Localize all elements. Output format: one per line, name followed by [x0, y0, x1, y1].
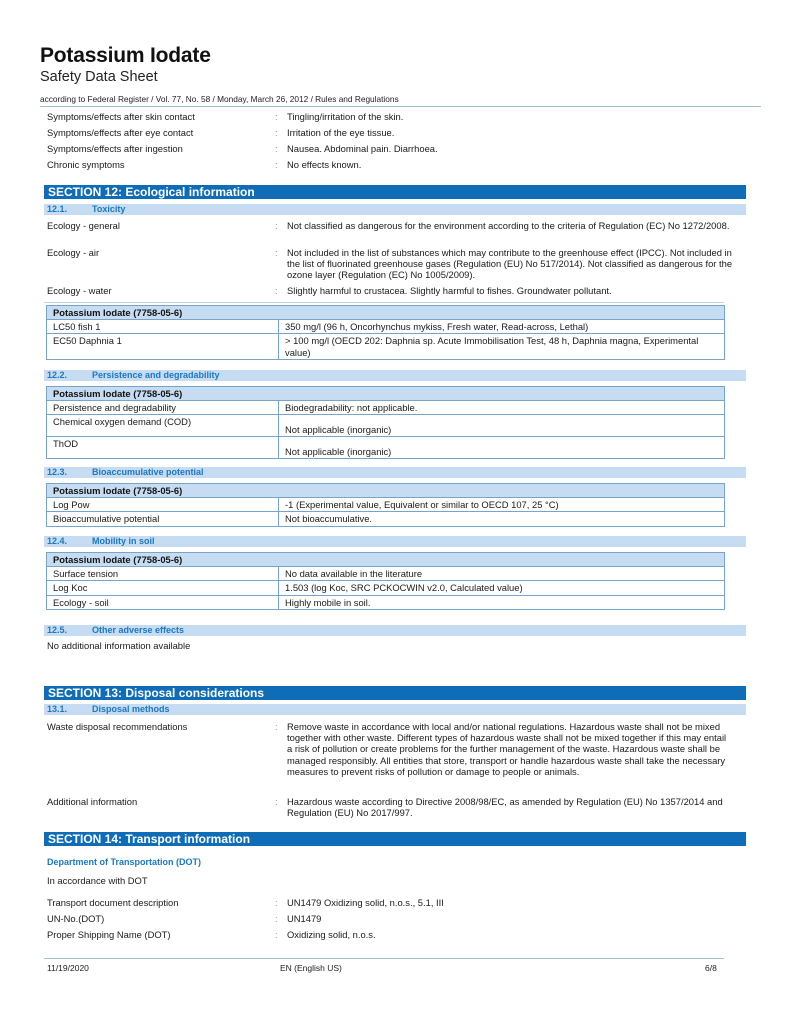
toxicity-table: Potassium Iodate (7758-05-6) LC50 fish 1…	[46, 305, 725, 360]
footer-page-number: 6/8	[705, 963, 717, 973]
header-divider	[40, 106, 761, 107]
symptom-row: Chronic symptoms:No effects known.	[47, 159, 737, 175]
subsection-12-1-header: 12.1.Toxicity	[44, 204, 746, 215]
table-row: Bioaccumulative potentialNot bioaccumula…	[47, 512, 725, 526]
symptom-row: Symptoms/effects after ingestion:Nausea.…	[47, 143, 737, 159]
other-effects-text: No additional information available	[47, 640, 190, 651]
transport-row: Proper Shipping Name (DOT):Oxidizing sol…	[47, 929, 737, 945]
symptom-row: Symptoms/effects after eye contact:Irrit…	[47, 127, 737, 143]
dot-heading: Department of Transportation (DOT)	[47, 857, 201, 867]
footer-date: 11/19/2020	[47, 963, 89, 973]
table-header: Potassium Iodate (7758-05-6)	[47, 306, 725, 320]
disposal-list: Waste disposal recommendations:Remove wa…	[47, 721, 737, 818]
table-row: Chemical oxygen demand (COD)Not applicab…	[47, 415, 725, 437]
table-row: Ecology - soilHighly mobile in soil.	[47, 595, 725, 609]
bioaccumulative-table: Potassium Iodate (7758-05-6) Log Pow-1 (…	[46, 483, 725, 527]
table-row: LC50 fish 1350 mg/l (96 h, Oncorhynchus …	[47, 320, 725, 334]
table-row: Log Koc1.503 (log Koc, SRC PCKOCWIN v2.0…	[47, 581, 725, 595]
transport-list: Transport document description:UN1479 Ox…	[47, 897, 737, 945]
subsection-12-2-header: 12.2.Persistence and degradability	[44, 370, 746, 381]
dot-note: In accordance with DOT	[47, 875, 148, 886]
divider	[44, 302, 724, 303]
toxicity-list: Ecology - general:Not classified as dang…	[47, 220, 737, 301]
section-12-header: SECTION 12: Ecological information	[44, 185, 746, 199]
persistence-table: Potassium Iodate (7758-05-6) Persistence…	[46, 386, 725, 459]
symptom-row: Symptoms/effects after skin contact:Ting…	[47, 111, 737, 127]
table-header: Potassium Iodate (7758-05-6)	[47, 387, 725, 401]
subsection-12-3-header: 12.3.Bioaccumulative potential	[44, 467, 746, 478]
subsection-12-4-header: 12.4.Mobility in soil	[44, 536, 746, 547]
section-13-header: SECTION 13: Disposal considerations	[44, 686, 746, 700]
disposal-row: Additional information:Hazardous waste a…	[47, 796, 737, 818]
subsection-13-1-header: 13.1.Disposal methods	[44, 704, 746, 715]
table-row: Surface tensionNo data available in the …	[47, 567, 725, 581]
table-row: ThODNot applicable (inorganic)	[47, 437, 725, 459]
toxicity-row: Ecology - general:Not classified as dang…	[47, 220, 737, 247]
section-14-header: SECTION 14: Transport information	[44, 832, 746, 846]
document-title: Potassium Iodate	[40, 44, 211, 68]
toxicity-row: Ecology - air:Not included in the list o…	[47, 247, 737, 285]
disposal-row: Waste disposal recommendations:Remove wa…	[47, 721, 737, 796]
table-header: Potassium Iodate (7758-05-6)	[47, 553, 725, 567]
table-header: Potassium Iodate (7758-05-6)	[47, 484, 725, 498]
footer-divider	[44, 958, 724, 959]
table-row: EC50 Daphnia 1> 100 mg/l (OECD 202: Daph…	[47, 334, 725, 359]
table-row: Log Pow-1 (Experimental value, Equivalen…	[47, 498, 725, 512]
document-subtitle: Safety Data Sheet	[40, 69, 158, 85]
table-row: Persistence and degradabilityBiodegradab…	[47, 401, 725, 415]
footer-language: EN (English US)	[280, 963, 342, 973]
mobility-table: Potassium Iodate (7758-05-6) Surface ten…	[46, 552, 725, 610]
symptoms-list: Symptoms/effects after skin contact:Ting…	[47, 111, 737, 175]
regulation-reference: according to Federal Register / Vol. 77,…	[40, 94, 399, 104]
toxicity-row: Ecology - water:Slightly harmful to crus…	[47, 285, 737, 301]
transport-row: UN-No.(DOT):UN1479	[47, 913, 737, 929]
subsection-12-5-header: 12.5.Other adverse effects	[44, 625, 746, 636]
transport-row: Transport document description:UN1479 Ox…	[47, 897, 737, 913]
